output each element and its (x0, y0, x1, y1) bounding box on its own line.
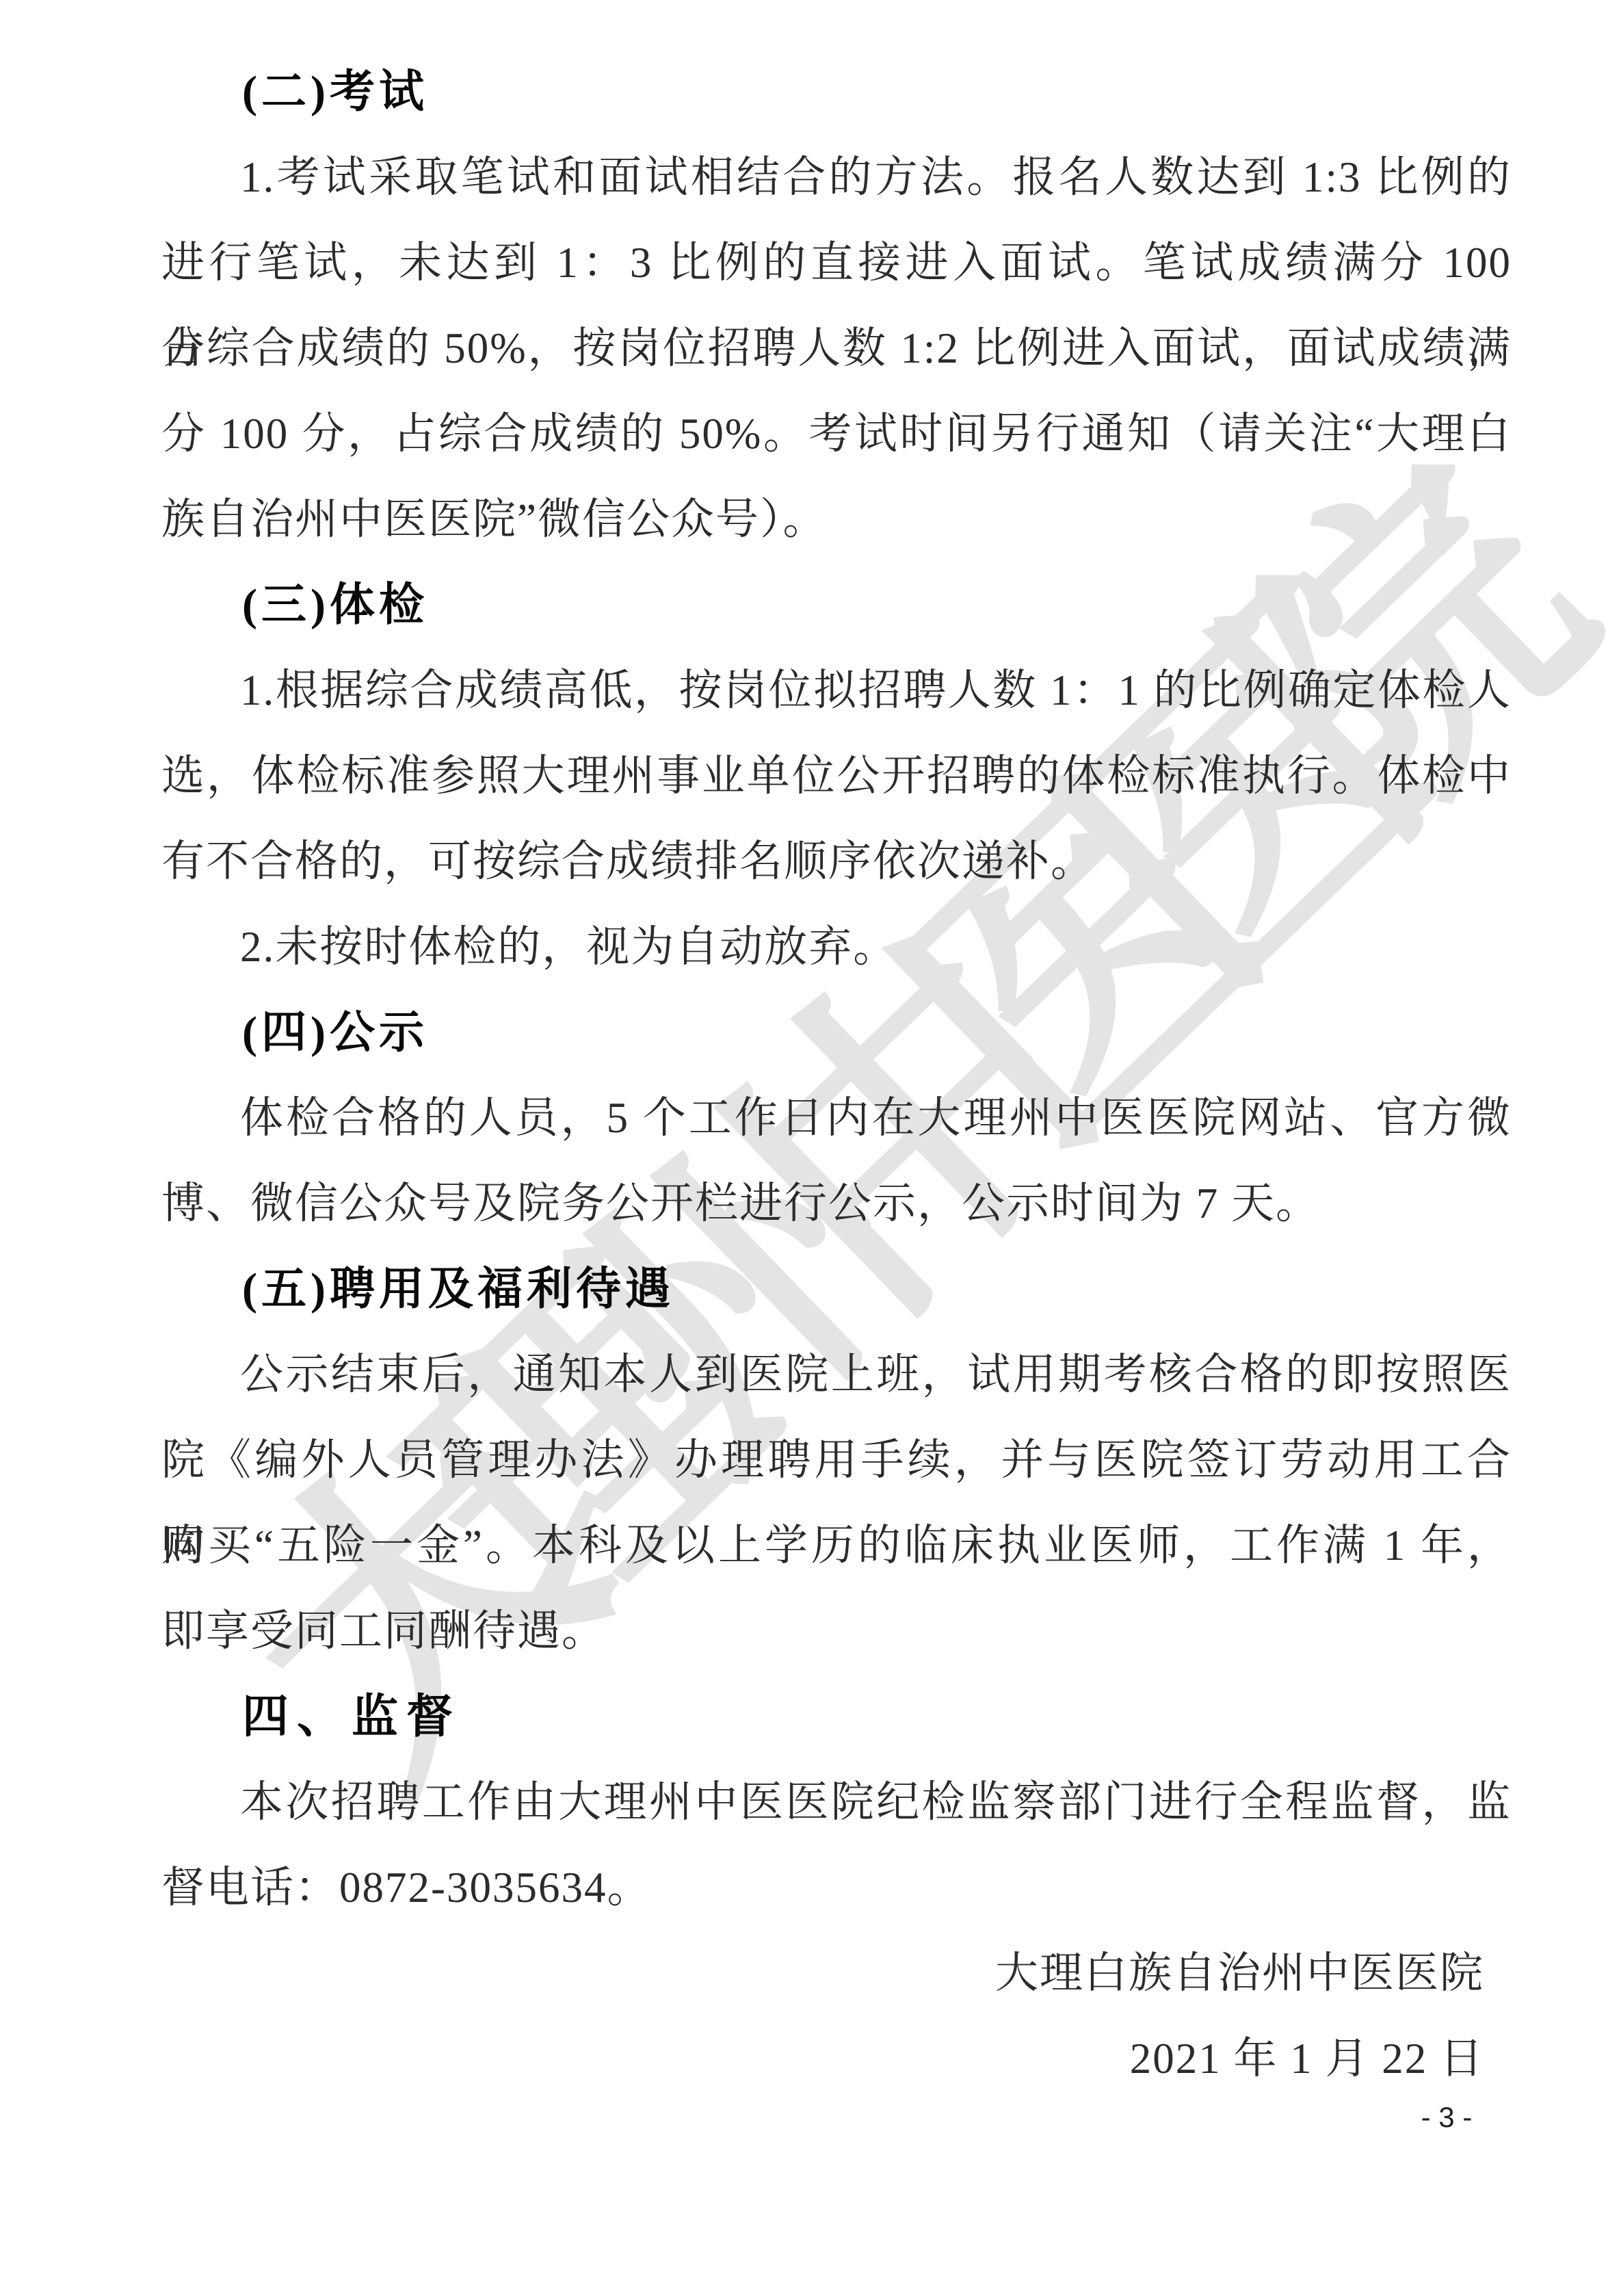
text-line-3: 进行笔试，未达到 1：3 比例的直接进入面试。笔试成绩满分 100 分， (161, 220, 1512, 306)
text-line-21: 本次招聘工作由大理州中医医院纪检监察部门进行全程监督，监 (161, 1760, 1512, 1845)
text-line-8: 1.根据综合成绩高低，按岗位拟招聘人数 1：1 的比例确定体检人 (161, 648, 1512, 733)
text-line-19: 即享受同工同酬待遇。 (161, 1589, 1512, 1674)
text-line-7: (三)体检 (161, 562, 1592, 648)
text-line-20: 四、监督 (161, 1674, 1592, 1760)
text-line-4: 占综合成绩的 50%，按岗位招聘人数 1:2 比例进入面试，面试成绩满 (161, 306, 1512, 391)
text-line-23: 大理白族自治州中医医院 (161, 1931, 1512, 2016)
text-line-17: 院《编外人员管理办法》办理聘用手续，并与医院签订劳动用工合同， (161, 1418, 1512, 1503)
text-line-15: (五)聘用及福利待遇 (161, 1247, 1592, 1332)
page-number: - 3 - (1388, 2087, 1505, 2148)
text-line-14: 博、微信公众号及院务公开栏进行公示，公示时间为 7 天。 (161, 1161, 1512, 1247)
text-line-22: 督电话：0872-3035634。 (161, 1845, 1512, 1931)
text-line-6: 族自治州中医医院”微信公众号）。 (161, 477, 1512, 562)
text-line-18: 购买“五险一金”。本科及以上学历的临床执业医师，工作满 1 年， (161, 1503, 1512, 1589)
text-line-12: (四)公示 (161, 990, 1592, 1075)
text-line-24: 2021 年 1 月 22 日 (161, 2016, 1512, 2102)
document-page: 大理州中医医院 (二)考试1.考试采取笔试和面试相结合的方法。报名人数达到 1:… (0, 0, 1621, 2296)
text-line-13: 体检合格的人员，5 个工作日内在大理州中医医院网站、官方微 (161, 1075, 1512, 1161)
text-line-5: 分 100 分，占综合成绩的 50%。考试时间另行通知（请关注“大理白 (161, 391, 1512, 477)
document-content: (二)考试1.考试采取笔试和面试相结合的方法。报名人数达到 1:3 比例的进行笔… (0, 0, 1621, 2296)
text-line-2: 1.考试采取笔试和面试相结合的方法。报名人数达到 1:3 比例的 (161, 135, 1512, 220)
text-line-10: 有不合格的，可按综合成绩排名顺序依次递补。 (161, 819, 1512, 904)
text-line-11: 2.未按时体检的，视为自动放弃。 (161, 904, 1512, 990)
text-line-16: 公示结束后，通知本人到医院上班，试用期考核合格的即按照医 (161, 1332, 1512, 1418)
text-line-1: (二)考试 (161, 49, 1592, 135)
text-line-9: 选，体检标准参照大理州事业单位公开招聘的体检标准执行。体检中 (161, 733, 1512, 819)
